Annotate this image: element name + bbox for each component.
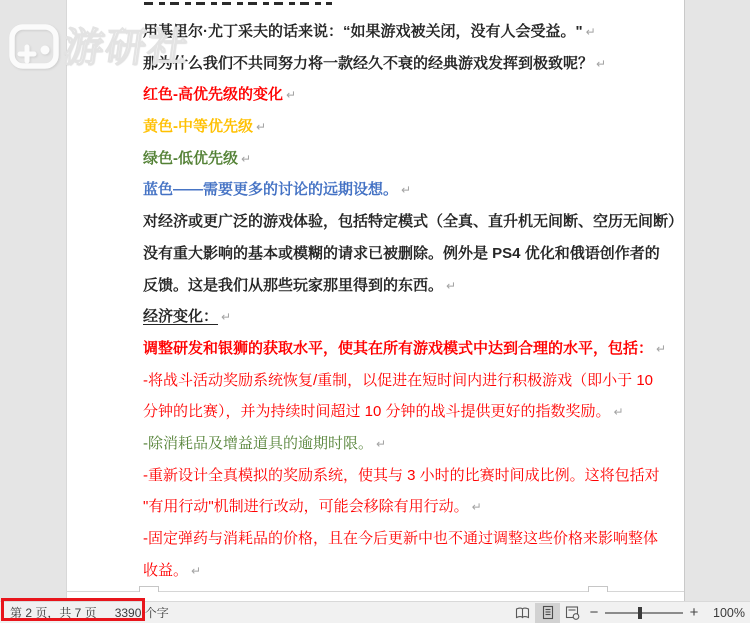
paragraph-economy-2: 没有重大影响的基本或模糊的请求已被删除。例外是 PS4 优化和俄语创作者的 <box>143 238 683 270</box>
gamepad-logo-icon <box>6 18 62 74</box>
legend-red-high-priority: 红色-高优先级的变化↵ <box>143 79 683 111</box>
paragraph-question: 那为什么我们不共同努力将一款经久不衰的经典游戏发挥到极致呢？↵ <box>143 48 683 80</box>
red-bullet-sim-rewards-1: -重新设计全真模拟的奖励系统，使其与 3 小时的比赛时间成比例。这将包括对 <box>143 460 683 492</box>
zoom-slider-thumb[interactable] <box>638 607 642 619</box>
paragraph-mark: ↵ <box>446 279 456 293</box>
zoom-out-button[interactable]: − <box>587 603 601 623</box>
legend-yellow-medium-priority: 黄色-中等优先级↵ <box>143 111 683 143</box>
page-bottom-boundary <box>67 591 684 592</box>
web-layout-button[interactable] <box>560 603 585 623</box>
margin-mark-right <box>588 586 608 592</box>
clipped-text-fragments <box>144 2 332 5</box>
zoom-slider[interactable] <box>605 603 683 623</box>
green-bullet-consumables: -除消耗品及增益道具的逾期时限。↵ <box>143 428 683 460</box>
heading-economic-changes: 经济变化：↵ <box>143 301 683 333</box>
status-bar: 第 2 页，共 7 页 3390 个字 <box>0 601 750 623</box>
zoom-level[interactable]: 100% <box>703 606 745 620</box>
paragraph-economy-1: 对经济或更广泛的游戏体验，包括特定模式（全真、直升机无间断、空历无间断） <box>143 206 683 238</box>
clipped-text-line <box>144 0 332 7</box>
print-layout-button[interactable] <box>535 603 560 623</box>
status-bar-left: 第 2 页，共 7 页 3390 个字 <box>0 602 171 623</box>
paragraph-mark: ↵ <box>401 183 411 197</box>
print-layout-icon <box>541 605 555 620</box>
red-subheading-rewards: 调整研发和银狮的获取水平，使其在所有游戏模式中达到合理的水平，包括：↵ <box>143 333 683 365</box>
paragraph-mark: ↵ <box>614 405 624 419</box>
read-mode-button[interactable] <box>510 603 535 623</box>
paragraph-mark: ↵ <box>596 57 606 71</box>
red-bullet-prices-2: 收益。↵ <box>143 555 683 587</box>
word-window: 用基里尔·尤丁采夫的话来说：“如果游戏被关闭，没有人会受益。"↵ 那为什么我们不… <box>0 0 750 623</box>
margin-mark-left <box>139 586 159 592</box>
paragraph-quote: 用基里尔·尤丁采夫的话来说：“如果游戏被关闭，没有人会受益。"↵ <box>143 16 683 48</box>
paragraph-mark: ↵ <box>656 342 666 356</box>
zoom-in-button[interactable]: + <box>687 603 701 623</box>
red-bullet-battle-rewards-1: -将战斗活动奖励系统恢复/重制，以促进在短时间内进行积极游戏（即小于 10 <box>143 365 683 397</box>
red-bullet-battle-rewards-2: 分钟的比赛），并为持续时间超过 10 分钟的战斗提供更好的指数奖励。↵ <box>143 396 683 428</box>
read-mode-icon <box>515 606 530 620</box>
web-layout-icon <box>565 605 580 620</box>
paragraph-mark: ↵ <box>256 120 266 134</box>
page-number-indicator[interactable]: 第 2 页，共 7 页 <box>8 602 99 623</box>
paragraph-economy-3: 反馈。这是我们从那些玩家那里得到的东西。↵ <box>143 270 683 302</box>
paragraph-mark: ↵ <box>221 310 231 324</box>
paragraph-mark: ↵ <box>472 500 482 514</box>
document-page[interactable]: 用基里尔·尤丁采夫的话来说：“如果游戏被关闭，没有人会受益。"↵ 那为什么我们不… <box>66 0 685 601</box>
legend-green-low-priority: 绿色-低优先级↵ <box>143 143 683 175</box>
document-text: 用基里尔·尤丁采夫的话来说：“如果游戏被关闭，没有人会受益。"↵ 那为什么我们不… <box>143 16 683 586</box>
paragraph-mark: ↵ <box>286 88 296 102</box>
paragraph-mark: ↵ <box>191 564 201 578</box>
red-bullet-prices-1: -固定弹药与消耗品的价格，且在今后更新中也不通过调整这些价格来影响整体 <box>143 523 683 555</box>
legend-blue-longterm: 蓝色——需要更多的讨论的远期设想。↵ <box>143 174 683 206</box>
paragraph-mark: ↵ <box>586 25 596 39</box>
word-count-indicator[interactable]: 3390 个字 <box>113 602 171 623</box>
status-bar-right: − + 100% <box>510 602 750 623</box>
paragraph-mark: ↵ <box>241 152 251 166</box>
paragraph-mark: ↵ <box>376 437 386 451</box>
red-bullet-sim-rewards-2: "有用行动"机制进行改动，可能会移除有用行动。↵ <box>143 491 683 523</box>
zoom-slider-rail <box>605 612 683 614</box>
